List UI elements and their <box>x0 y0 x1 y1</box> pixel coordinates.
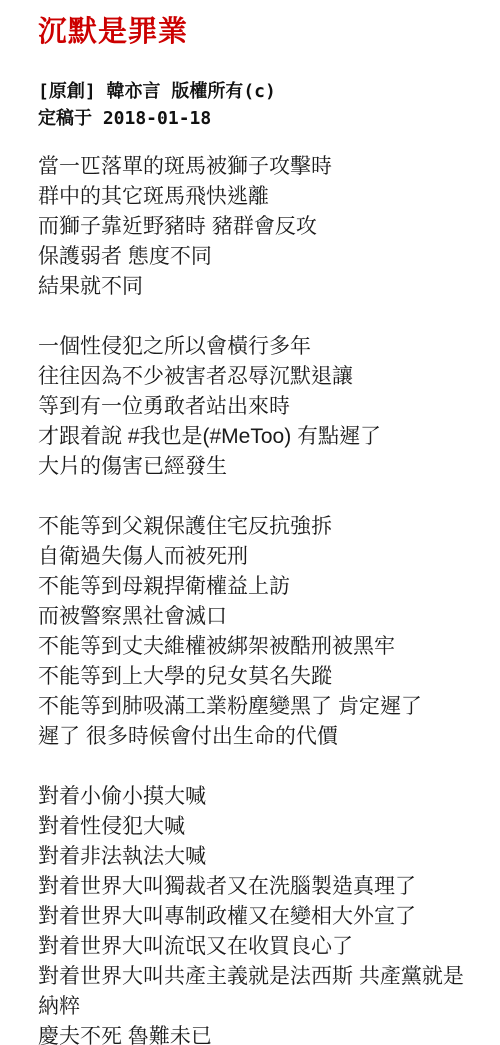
poem-line: 而被警察黑社會滅口 <box>38 602 482 632</box>
poem-line: 不能等到丈夫維權被綁架被酷刑被黑牢 <box>38 632 482 662</box>
poem-line: 不能等到母親捍衛權益上訪 <box>38 572 482 602</box>
poem-line: 對着世界大叫獨裁者又在洗腦製造真理了 <box>38 872 482 902</box>
poem-line: 遲了 很多時候會付出生命的代價 <box>38 722 482 752</box>
poem-line: 當一匹落單的斑馬被獅子攻擊時 <box>38 152 482 182</box>
page-title: 沉默是罪業 <box>38 14 482 50</box>
poem-line: 不能等到上大學的兒女莫名失蹤 <box>38 662 482 692</box>
poem-line: 對着小偷小摸大喊 <box>38 782 482 812</box>
poem-line: 不能等到肺吸滿工業粉塵變黑了 肯定遲了 <box>38 692 482 722</box>
poem-line: 不能等到父親保護住宅反抗強拆 <box>38 512 482 542</box>
poem: 當一匹落單的斑馬被獅子攻擊時群中的其它斑馬飛快逃離而獅子靠近野豬時 豬群會反攻保… <box>38 152 482 1045</box>
poem-line: 而獅子靠近野豬時 豬群會反攻 <box>38 212 482 242</box>
poem-line: 對着世界大叫共產主義就是法西斯 共產黨就是納粹 <box>38 962 482 1022</box>
poem-line: 等到有一位勇敢者站出來時 <box>38 392 482 422</box>
stanza: 一個性侵犯之所以會橫行多年往往因為不少被害者忍辱沉默退讓等到有一位勇敢者站出來時… <box>38 332 482 482</box>
poem-line: 才跟着說 #我也是(#MeToo) 有點遲了 <box>38 422 482 452</box>
stanza: 不能等到父親保護住宅反抗強拆自衛過失傷人而被死刑不能等到母親捍衛權益上訪而被警察… <box>38 512 482 752</box>
poem-line: 自衛過失傷人而被死刑 <box>38 542 482 572</box>
poem-line: 保護弱者 態度不同 <box>38 242 482 272</box>
poem-line: 對着性侵犯大喊 <box>38 812 482 842</box>
poem-line: 群中的其它斑馬飛快逃離 <box>38 182 482 212</box>
poem-line: 一個性侵犯之所以會橫行多年 <box>38 332 482 362</box>
byline: [原創] 韓亦言 版權所有(c) <box>38 78 482 105</box>
stanza: 當一匹落單的斑馬被獅子攻擊時群中的其它斑馬飛快逃離而獅子靠近野豬時 豬群會反攻保… <box>38 152 482 302</box>
poem-line: 大片的傷害已經發生 <box>38 452 482 482</box>
poem-line: 往往因為不少被害者忍辱沉默退讓 <box>38 362 482 392</box>
poem-line: 結果就不同 <box>38 272 482 302</box>
poem-line: 對着世界大叫專制政權又在變相大外宣了 <box>38 902 482 932</box>
poem-line: 對着世界大叫流氓又在收買良心了 <box>38 932 482 962</box>
byline-block: [原創] 韓亦言 版權所有(c) 定稿于 2018-01-18 <box>38 78 482 132</box>
date-line: 定稿于 2018-01-18 <box>38 105 482 132</box>
poem-line: 對着非法執法大喊 <box>38 842 482 872</box>
stanza: 對着小偷小摸大喊對着性侵犯大喊對着非法執法大喊對着世界大叫獨裁者又在洗腦製造真理… <box>38 782 482 1045</box>
poem-line: 慶夫不死 魯難未已 <box>38 1022 482 1045</box>
